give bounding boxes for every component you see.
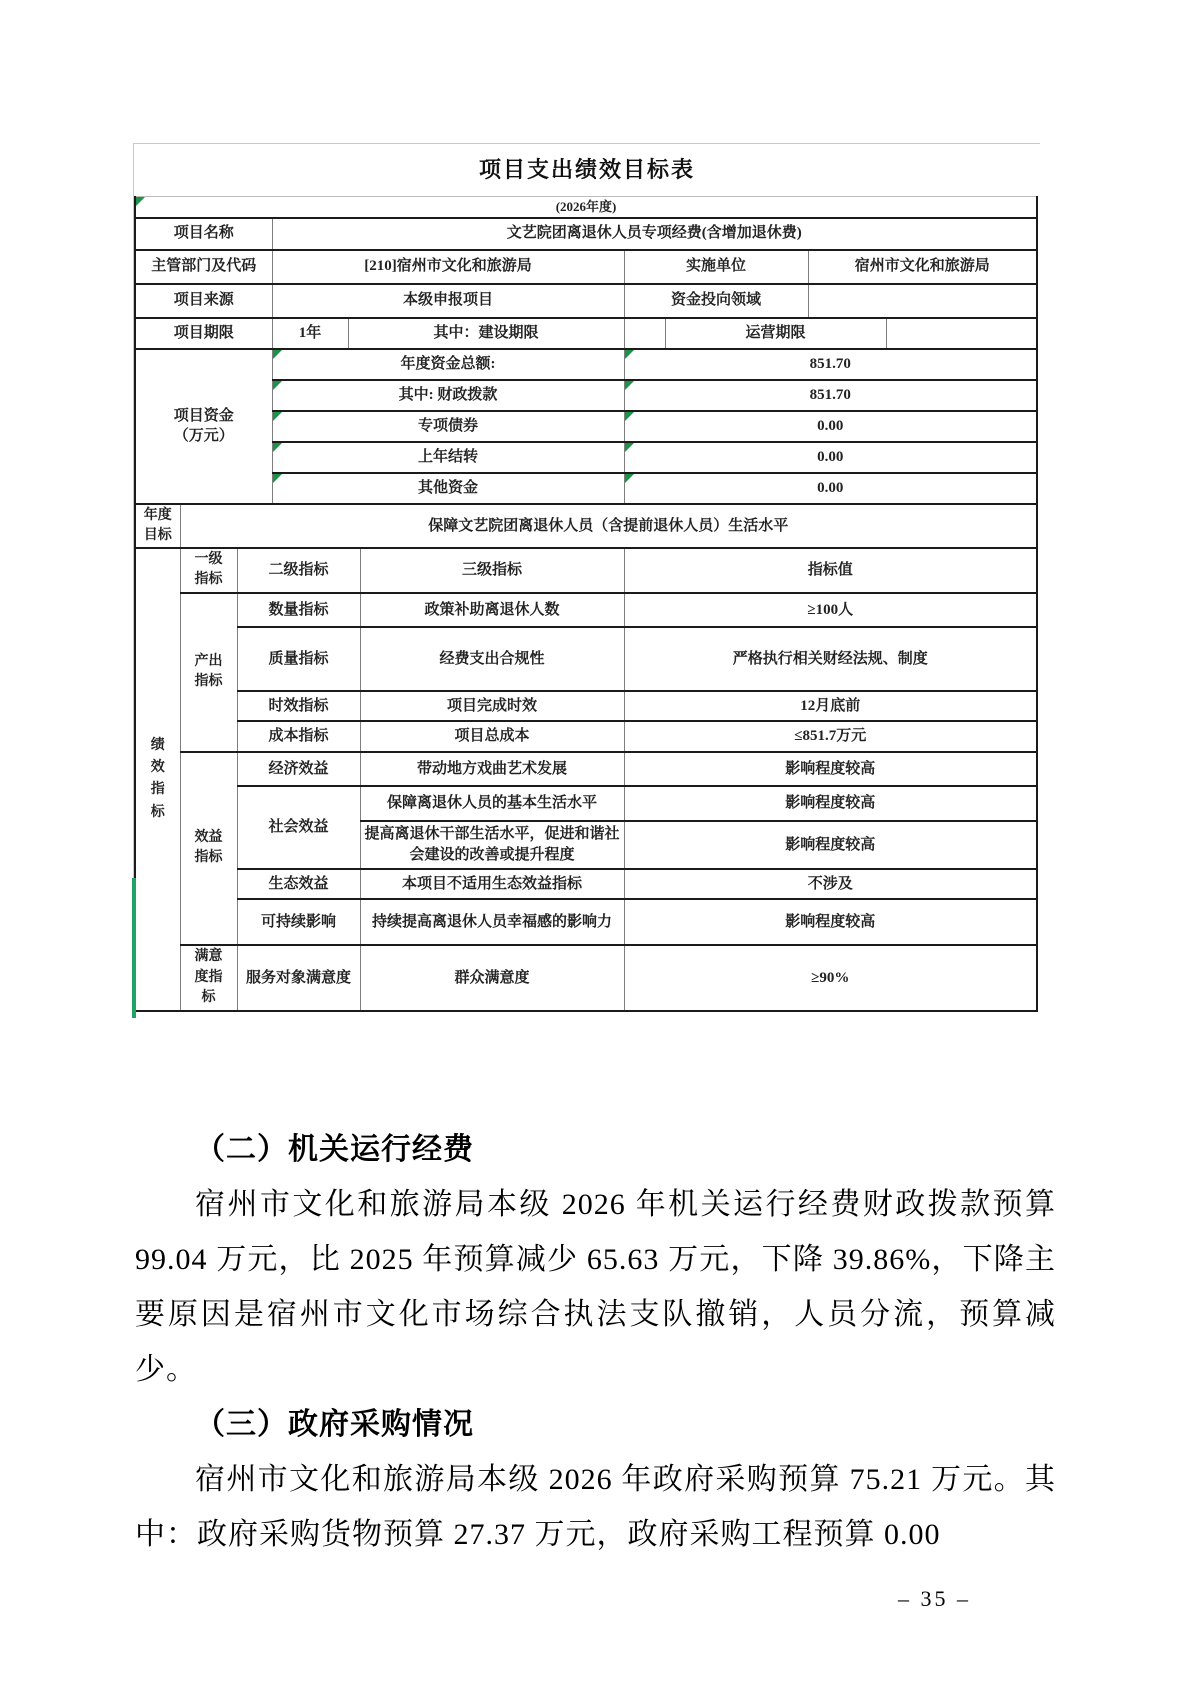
- section-paragraph-2: 宿州市文化和旅游局本级 2026 年机关运行经费财政拨款预算 99.04 万元，…: [135, 1177, 1056, 1397]
- performance-target-table: (2026年度) 项目名称 文艺院团离退休人员专项经费(含增加退休费) 主管部门…: [134, 196, 1038, 1012]
- annual-goal-text: 保障文艺院团离退休人员（含提前退休人员）生活水平: [180, 504, 1037, 549]
- indicator-l3: 带动地方戏曲艺术发展: [360, 752, 624, 786]
- comment-triangle-icon: [625, 381, 634, 390]
- group-output-label: 产出指标: [180, 593, 237, 752]
- header-value: 指标值: [624, 548, 1037, 593]
- indicator-l3: 经费支出合规性: [360, 627, 624, 691]
- indicator-l3: 本项目不适用生态效益指标: [360, 869, 624, 899]
- section-heading-2: （二）机关运行经费: [135, 1122, 1056, 1177]
- header-level2: 二级指标: [237, 548, 360, 593]
- performance-target-sheet: 项目支出绩效目标表 (2026年度) 项目名称 文艺院团离退休人员专项经费(含增…: [133, 143, 1040, 1012]
- indicator-value: ≤851.7万元: [624, 721, 1037, 752]
- indicator-l3: 项目总成本: [360, 721, 624, 752]
- oper-period-label: 运营期限: [665, 318, 886, 349]
- funding-row-value: 0.00: [624, 473, 1037, 504]
- project-name-value: 文艺院团离退休人员专项经费(含增加退休费): [272, 218, 1037, 250]
- comment-triangle-icon: [273, 443, 282, 452]
- funding-label-line2: （万元）: [139, 426, 269, 446]
- build-period-label: 其中：建设期限: [348, 318, 624, 349]
- indicator-value: 不涉及: [624, 869, 1037, 899]
- header-level3: 三级指标: [360, 548, 624, 593]
- indicator-value: ≥90%: [624, 945, 1037, 1011]
- indicator-value: 影响程度较高: [624, 899, 1037, 945]
- funding-row-value: 0.00: [624, 442, 1037, 473]
- period-label: 项目期限: [135, 318, 272, 349]
- indicator-l2: 经济效益: [237, 752, 360, 786]
- header-level1: 一级指标: [180, 548, 237, 593]
- indicator-l2: 时效指标: [237, 691, 360, 721]
- section-heading-3: （三）政府采购情况: [135, 1397, 1056, 1452]
- indicator-l2: 数量指标: [237, 593, 360, 627]
- funding-row-name: 其他资金: [272, 473, 624, 504]
- group-benefit-label: 效益指标: [180, 752, 237, 945]
- funding-label-line1: 项目资金: [139, 406, 269, 426]
- funding-label: 项目资金 （万元）: [135, 349, 272, 504]
- section-paragraph-3: 宿州市文化和旅游局本级 2026 年政府采购预算 75.21 万元。其中：政府采…: [135, 1452, 1056, 1562]
- invest-field-label: 资金投向领域: [624, 284, 808, 318]
- group-satisfaction-label: 满意度指标: [180, 945, 237, 1011]
- indicator-l2: 生态效益: [237, 869, 360, 899]
- build-period-value: [624, 318, 665, 349]
- comment-triangle-icon: [625, 443, 634, 452]
- indicator-l2: 成本指标: [237, 721, 360, 752]
- invest-field-value: [808, 284, 1037, 318]
- table-title: 项目支出绩效目标表: [134, 144, 1040, 196]
- indicator-l3: 提高离退休干部生活水平，促进和谐社会建设的改善或提升程度: [360, 821, 624, 869]
- indicator-l2: 质量指标: [237, 627, 360, 691]
- indicator-value: 12月底前: [624, 691, 1037, 721]
- indicator-l2: 社会效益: [237, 786, 360, 869]
- indicator-value: 影响程度较高: [624, 786, 1037, 821]
- comment-triangle-icon: [273, 381, 282, 390]
- indicator-value: ≥100人: [624, 593, 1037, 627]
- perf-indicator-outer-label: 绩效指标: [135, 548, 180, 1011]
- comment-triangle-icon: [136, 197, 145, 206]
- table-subtitle-cell: (2026年度): [135, 197, 1037, 218]
- indicator-value: 影响程度较高: [624, 821, 1037, 869]
- project-source-label: 项目来源: [135, 284, 272, 318]
- indicator-l2: 可持续影响: [237, 899, 360, 945]
- sheet-selection-bar: [132, 878, 136, 1018]
- funding-row-value: 0.00: [624, 411, 1037, 442]
- comment-triangle-icon: [625, 412, 634, 421]
- indicator-l2: 服务对象满意度: [237, 945, 360, 1011]
- comment-triangle-icon: [625, 474, 634, 483]
- project-source-value: 本级申报项目: [272, 284, 624, 318]
- funding-row-value: 851.70: [624, 380, 1037, 411]
- document-page: 项目支出绩效目标表 (2026年度) 项目名称 文艺院团离退休人员专项经费(含增…: [0, 0, 1190, 1683]
- comment-triangle-icon: [273, 474, 282, 483]
- comment-triangle-icon: [625, 350, 634, 359]
- impl-unit-label: 实施单位: [624, 250, 808, 284]
- indicator-l3: 持续提高离退休人员幸福感的影响力: [360, 899, 624, 945]
- funding-row-name: 其中: 财政拨款: [272, 380, 624, 411]
- page-number: – 35 –: [898, 1586, 971, 1612]
- dept-value: [210]宿州市文化和旅游局: [272, 250, 624, 284]
- funding-row-name: 年度资金总额:: [272, 349, 624, 380]
- indicator-value: 严格执行相关财经法规、制度: [624, 627, 1037, 691]
- funding-row-name: 上年结转: [272, 442, 624, 473]
- project-name-label: 项目名称: [135, 218, 272, 250]
- period-value: 1年: [272, 318, 348, 349]
- comment-triangle-icon: [273, 350, 282, 359]
- annual-goal-label: 年度目标: [135, 504, 180, 549]
- indicator-l3: 政策补助离退休人数: [360, 593, 624, 627]
- impl-unit-value: 宿州市文化和旅游局: [808, 250, 1037, 284]
- indicator-l3: 保障离退休人员的基本生活水平: [360, 786, 624, 821]
- indicator-l3: 群众满意度: [360, 945, 624, 1011]
- indicator-l3: 项目完成时效: [360, 691, 624, 721]
- comment-triangle-icon: [273, 412, 282, 421]
- dept-label: 主管部门及代码: [135, 250, 272, 284]
- oper-period-value: [886, 318, 1037, 349]
- indicator-value: 影响程度较高: [624, 752, 1037, 786]
- table-subtitle: (2026年度): [556, 199, 617, 214]
- funding-row-value: 851.70: [624, 349, 1037, 380]
- document-body: （二）机关运行经费 宿州市文化和旅游局本级 2026 年机关运行经费财政拨款预算…: [135, 1122, 1056, 1562]
- funding-row-name: 专项债券: [272, 411, 624, 442]
